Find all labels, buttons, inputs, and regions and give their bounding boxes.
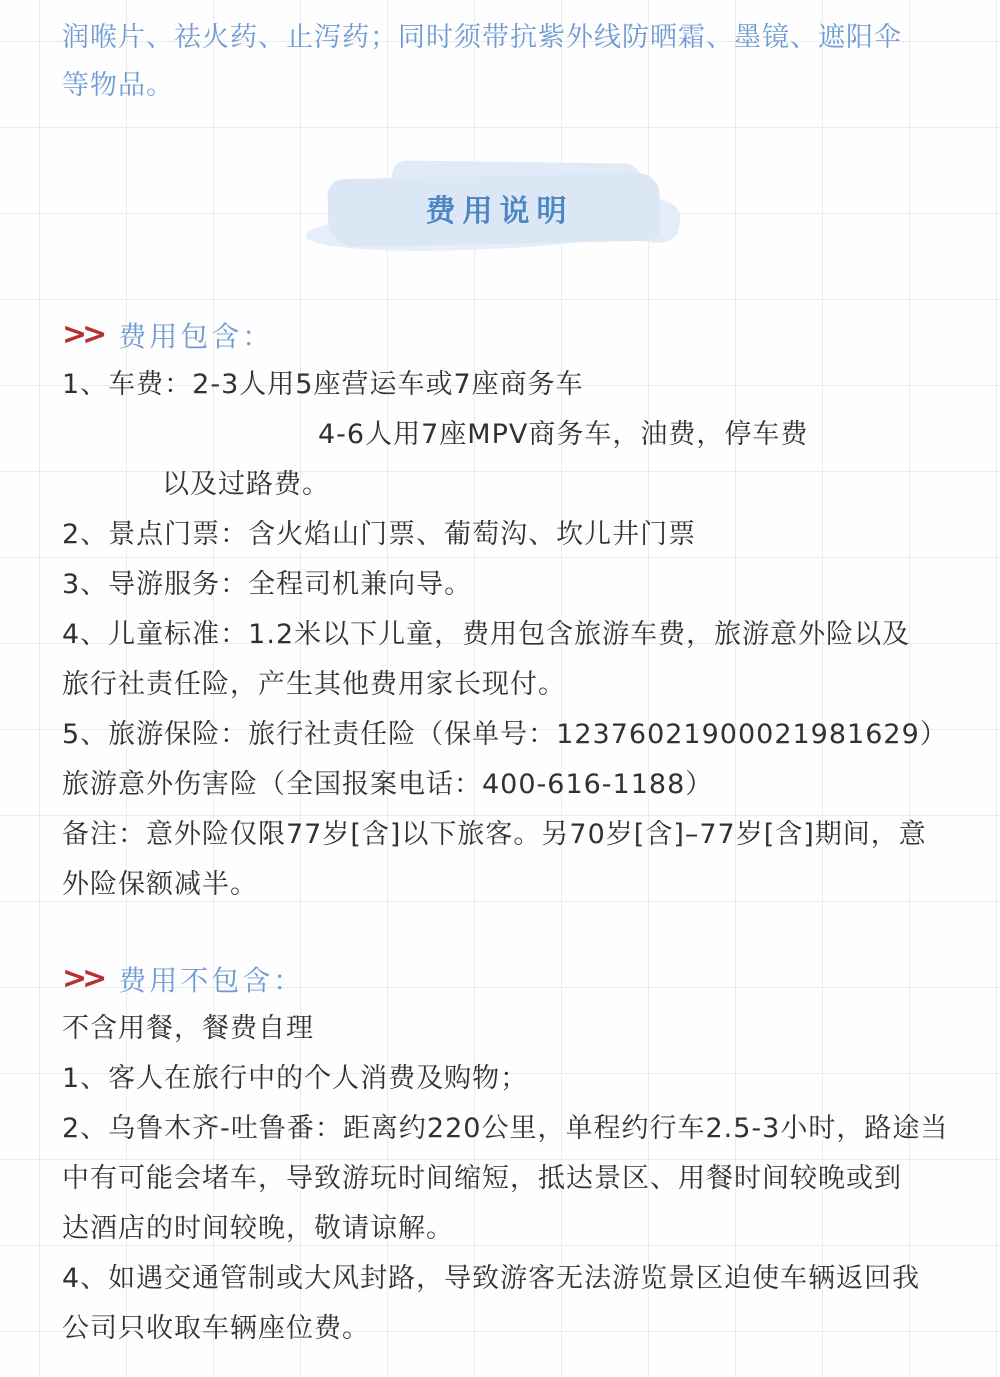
- text-line: 旅游意外伤害险（全国报案电话：400-616-1188）: [62, 760, 950, 810]
- text-line: 不含用餐，餐费自理: [62, 1004, 950, 1054]
- chevron-marker-icon: >>: [62, 964, 102, 994]
- text-line: 5、旅游保险：旅行社责任险（保单号：12376021900021981629）: [62, 710, 950, 760]
- fees-excluded-heading: >> 费用不包含：: [62, 954, 950, 1004]
- text-line: 达酒店的时间较晚，敬请谅解。: [62, 1204, 950, 1254]
- text-line: 4、如遇交通管制或大风封路，导致游客无法游览景区迫使车辆返回我: [62, 1254, 950, 1304]
- text-line: 外险保额减半。: [62, 860, 950, 910]
- fees-included-section: >> 费用包含： 1、车费：2-3人用5座营运车或7座商务车 4-6人用7座MP…: [62, 310, 950, 910]
- text-line: 1、客人在旅行中的个人消费及购物；: [62, 1054, 950, 1104]
- text-line: 4-6人用7座MPV商务车，油费，停车费: [62, 410, 950, 460]
- fees-included-heading-label: 费用包含：: [118, 315, 273, 355]
- intro-line: 润喉片、祛火药、止泻药；同时须带抗紫外线防晒霜、墨镜、遮阳伞: [62, 14, 950, 62]
- page-title: 费用说明: [320, 158, 672, 258]
- text-line: 2、景点门票：含火焰山门票、葡萄沟、坎儿井门票: [62, 510, 950, 560]
- document-content: 润喉片、祛火药、止泻药；同时须带抗紫外线防晒霜、墨镜、遮阳伞 等物品。 费用说明…: [0, 0, 1000, 1354]
- chevron-marker-icon: >>: [62, 320, 102, 350]
- text-line: 以及过路费。: [62, 460, 950, 510]
- text-line: 3、导游服务：全程司机兼向导。: [62, 560, 950, 610]
- fees-excluded-heading-label: 费用不包含：: [118, 959, 304, 999]
- fees-included-heading: >> 费用包含：: [62, 310, 950, 360]
- text-line: 1、车费：2-3人用5座营运车或7座商务车: [62, 360, 950, 410]
- text-line: 公司只收取车辆座位费。: [62, 1304, 950, 1354]
- fee-notes-document-page: 润喉片、祛火药、止泻药；同时须带抗紫外线防晒霜、墨镜、遮阳伞 等物品。 费用说明…: [0, 0, 1000, 1377]
- text-line: 4、儿童标准：1.2米以下儿童，费用包含旅游车费，旅游意外险以及: [62, 610, 950, 660]
- intro-paragraph: 润喉片、祛火药、止泻药；同时须带抗紫外线防晒霜、墨镜、遮阳伞 等物品。: [62, 14, 950, 110]
- text-line: 中有可能会堵车，导致游玩时间缩短，抵达景区、用餐时间较晚或到: [62, 1154, 950, 1204]
- text-line: 2、乌鲁木齐-吐鲁番：距离约220公里，单程约行车2.5-3小时，路途当: [62, 1104, 950, 1154]
- text-line: 旅行社责任险，产生其他费用家长现付。: [62, 660, 950, 710]
- fees-excluded-section: >> 费用不包含： 不含用餐，餐费自理 1、客人在旅行中的个人消费及购物； 2、…: [62, 954, 950, 1354]
- fee-title-banner: 费用说明: [320, 158, 672, 258]
- intro-line: 等物品。: [62, 62, 950, 110]
- text-line: 备注：意外险仅限77岁[含]以下旅客。另70岁[含]–77岁[含]期间，意: [62, 810, 950, 860]
